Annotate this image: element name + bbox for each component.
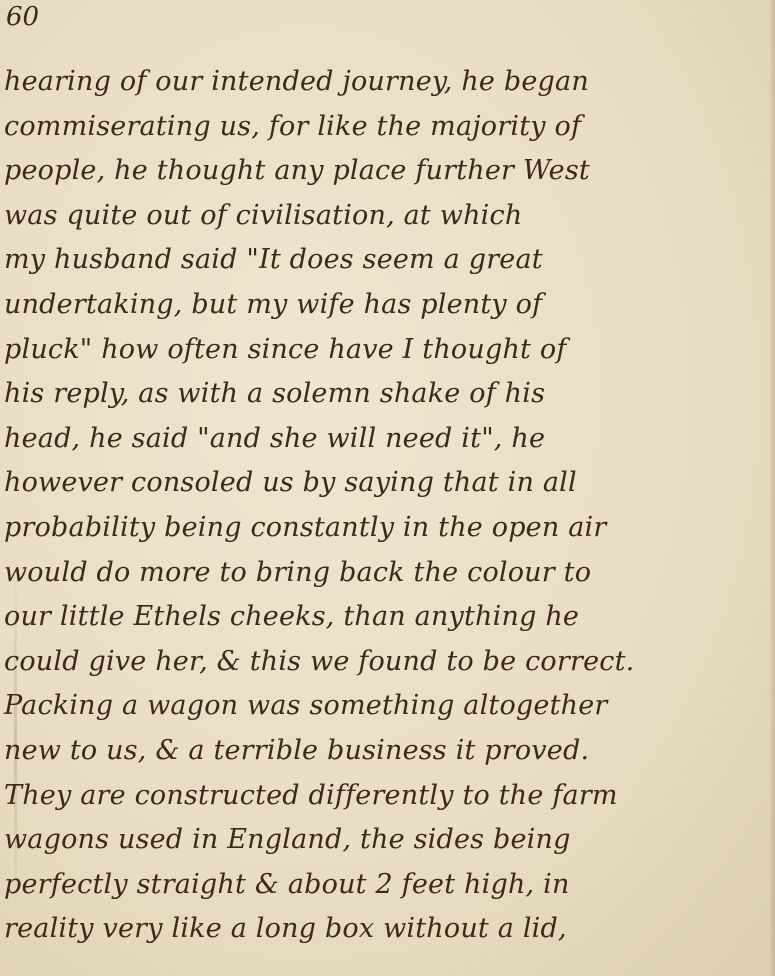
page-number: 60 bbox=[6, 2, 39, 32]
text-line: hearing of our intended journey, he bega… bbox=[4, 60, 755, 105]
text-line: was quite out of civilisation, at which bbox=[4, 194, 755, 239]
text-line: undertaking, but my wife has plenty of bbox=[4, 283, 755, 328]
text-line: people, he thought any place further Wes… bbox=[4, 149, 755, 194]
text-line: wagons used in England, the sides being bbox=[4, 818, 755, 863]
text-line: our little Ethels cheeks, than anything … bbox=[4, 595, 755, 640]
text-line: perfectly straight & about 2 feet high, … bbox=[4, 863, 755, 908]
text-line: new to us, & a terrible business it prov… bbox=[4, 729, 755, 774]
text-line: my husband said "It does seem a great bbox=[4, 238, 755, 283]
text-line: head, he said "and she will need it", he bbox=[4, 417, 755, 462]
text-line: reality very like a long box without a l… bbox=[4, 907, 755, 952]
text-line: Packing a wagon was something altogether bbox=[4, 684, 755, 729]
handwritten-text-block: hearing of our intended journey, he bega… bbox=[4, 60, 755, 952]
text-line: pluck" how often since have I thought of bbox=[4, 328, 755, 373]
text-line: could give her, & this we found to be co… bbox=[4, 640, 755, 685]
text-line: his reply, as with a solemn shake of his bbox=[4, 372, 755, 417]
text-line: probability being constantly in the open… bbox=[4, 506, 755, 551]
text-line: They are constructed differently to the … bbox=[4, 774, 755, 819]
text-line: however consoled us by saying that in al… bbox=[4, 461, 755, 506]
text-line: would do more to bring back the colour t… bbox=[4, 551, 755, 596]
manuscript-page: 60 hearing of our intended journey, he b… bbox=[0, 0, 775, 976]
text-line: commiserating us, for like the majority … bbox=[4, 105, 755, 150]
